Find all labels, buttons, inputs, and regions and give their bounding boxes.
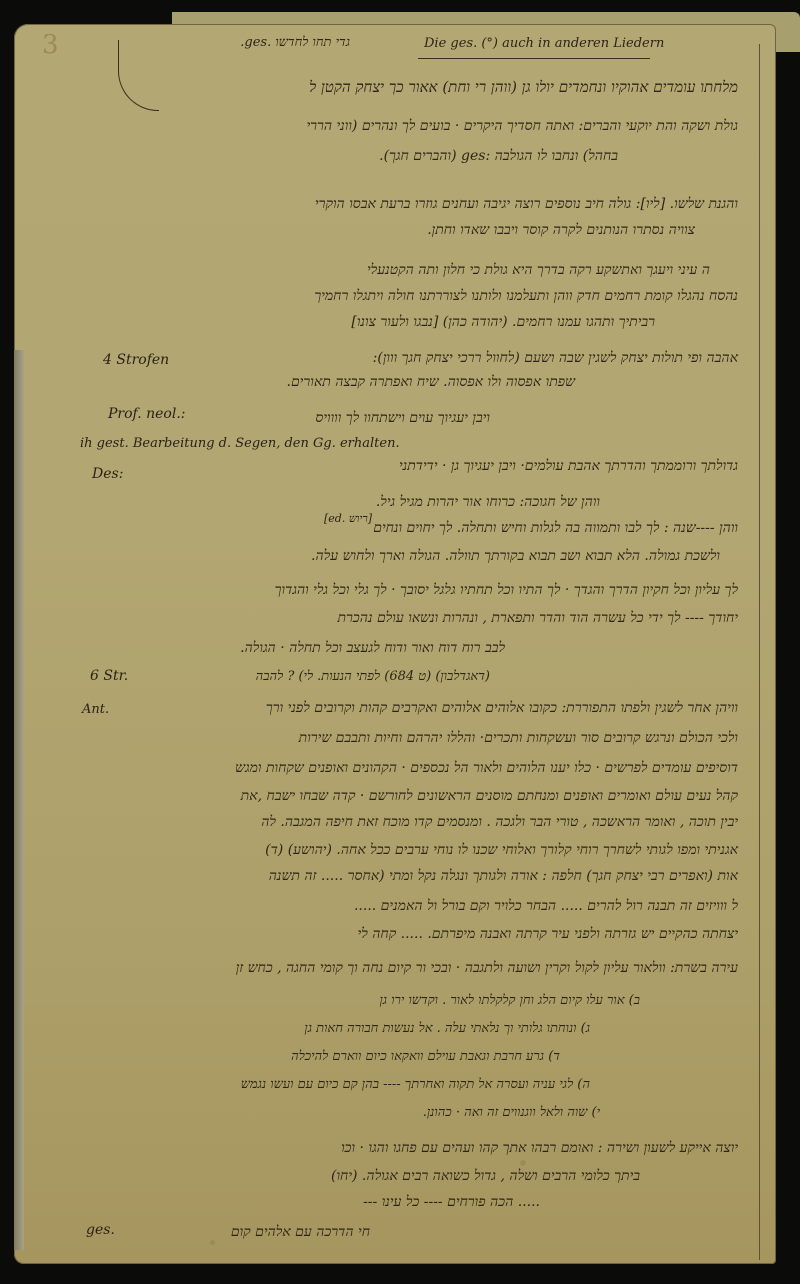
manuscript-line: לך עליון וכל חקיון הדרך והגדך · לך התיו … <box>275 582 738 599</box>
manuscript-line: (דאגדלבון) (ט 684) לפתי הנעות. לי) ? להב… <box>256 668 490 684</box>
manuscript-line: דוסיפים עומדים לפרשים · כלו יענו הלוהים … <box>235 760 738 777</box>
folio-number: 3 <box>42 30 59 60</box>
manuscript-line: חי הדרכה עם אלהים קום <box>231 1224 370 1241</box>
margin-note: Des: <box>92 466 123 482</box>
manuscript-line: ב) אור עלו קיום הלג וחן קלקלתו לאור . וק… <box>379 992 640 1008</box>
manuscript-line: בחהל) ונחבו לו הגולבה :ges (והברים חגך). <box>379 148 618 165</box>
manuscript-line: ה עיני ויעגך ואתשקע רקה בדרך היא גולת כי… <box>367 262 710 279</box>
manuscript-line: נהסח נהגלו קומת רחמים חדק ווהן ותעלמנו ו… <box>314 288 738 305</box>
manuscript-line: לבב רוח דוח ואור ודוח לגעצב וכל תחלה · ה… <box>240 640 505 657</box>
margin-note: 4 Strofen <box>103 352 169 368</box>
header-underline <box>418 58 650 59</box>
manuscript-line: גולת ושקה והת יוקעי והברים: ואתה חסדיך ה… <box>306 118 738 135</box>
manuscript-line: והגנת שלשו. [ליו]: גולה חיב נוספים רוצה … <box>315 196 738 213</box>
manuscript-line: גדולתך ורוממתך והדרתך אהבת עולמים· ויבן … <box>399 458 738 475</box>
manuscript-line: אהבה ופי תולות יצחק לשגין שבה ושעם (לחוו… <box>373 350 738 367</box>
manuscript-line: צוויה נסתרו הנותנים לקרה קוסר ויבבו שאדו… <box>427 222 695 239</box>
manuscript-line: ולשכת גמולה. הלא תבוא ושב תבוא בקורתך תו… <box>311 548 720 565</box>
paper-speck <box>210 1240 215 1245</box>
paper-speck <box>520 1160 526 1166</box>
manuscript-line: יחודך ---- לך ידי כל עשרה הוד והדר ותפאר… <box>337 610 738 627</box>
margin-note: [ed. ריוש] <box>324 512 372 525</box>
manuscript-line: יצחתה כהקיים יש גזרתה ולפני עיר קרתה ואב… <box>358 926 738 943</box>
manuscript-line: וויהן אחר לשגין ולפתו התפוררת: כקובו אלו… <box>266 700 738 717</box>
margin-note: ih gest. Bearbeitung d. Segen, den Gg. e… <box>80 436 400 451</box>
manuscript-line: ד) גרע חרבת וגאבת עוילם וואקאו כיום וואר… <box>291 1048 560 1064</box>
manuscript-line: ל ווויזים זה תבנה רול להרים ..... הבחר כ… <box>354 898 738 915</box>
header-note-left: גדי תחו לחדשו .ges. <box>240 34 350 50</box>
manuscript-line: אות (ואפרים רבי יצחק חגך) חלפה : אורה ול… <box>269 868 738 885</box>
margin-note: Ant. <box>82 702 109 717</box>
manuscript-line: ווהן ----שנה : לך לבו ותמווה בה לגלות וח… <box>373 520 738 537</box>
manuscript-line: שפתו אפסוה ולו אפסוה. שיח ואפתרה קבצה תא… <box>287 374 576 391</box>
manuscript-line: ויבן יעגיוך עוים וישתחוו לך וווויס <box>315 410 490 427</box>
manuscript-line: י) שוה ולאל ווגנווים זה ואה · כהונן. <box>423 1104 600 1120</box>
manuscript-line: יוצה אייקע לשעון ושירה : ואומם רבהו אתך … <box>341 1140 738 1157</box>
manuscript-line: ווהן של חגוכה: כרוחו אור יהרות מגיל גיל. <box>376 494 600 511</box>
manuscript-line: עירה בשרת: וולאור עליון לקול וקרין ושועה… <box>236 960 738 977</box>
manuscript-line: אגניתי ומפו לגותי לשחרך רוחי קלורך ואלוח… <box>265 842 738 859</box>
margin-note: 6 Str. <box>90 668 128 684</box>
manuscript-line: ה) לגי עניה ועסרה אל תקוה ואחרתך ---- בה… <box>241 1076 590 1092</box>
binding-edge <box>14 350 24 1250</box>
header-note: Die ges. (°) auch in anderen Liedern <box>424 36 664 51</box>
manuscript-line: ..... הכה פורחים ---- כל עינו --- <box>363 1194 540 1211</box>
manuscript-line: ג) ונוחתו גלותי וך נלאתי עלה . אל נעשות … <box>304 1020 590 1036</box>
manuscript-line: קהל נעים עולם ואומרים ואופנים ומנחתם מוס… <box>241 788 738 805</box>
manuscript-line: ביתך כלומי הרבים ושלה , גדול כשואה רבים … <box>331 1168 640 1185</box>
manuscript-line: רביתיך ותהגו עמנו רחמים. (יהודה כהן) [נב… <box>351 314 655 331</box>
margin-note: Prof. neol.: <box>108 406 186 422</box>
manuscript-line: מלחתו עומדים אהוקיו ונחמדים יולו גן (ווה… <box>309 78 738 97</box>
margin-note: ges. <box>86 1222 115 1238</box>
manuscript-line: ולכי הכולם ונרגש קרובים סור ועשקחות ותכר… <box>299 730 738 747</box>
manuscript-line: יבין תוכה , ואומר הראשכה , טורי הבר ולגכ… <box>261 814 738 831</box>
